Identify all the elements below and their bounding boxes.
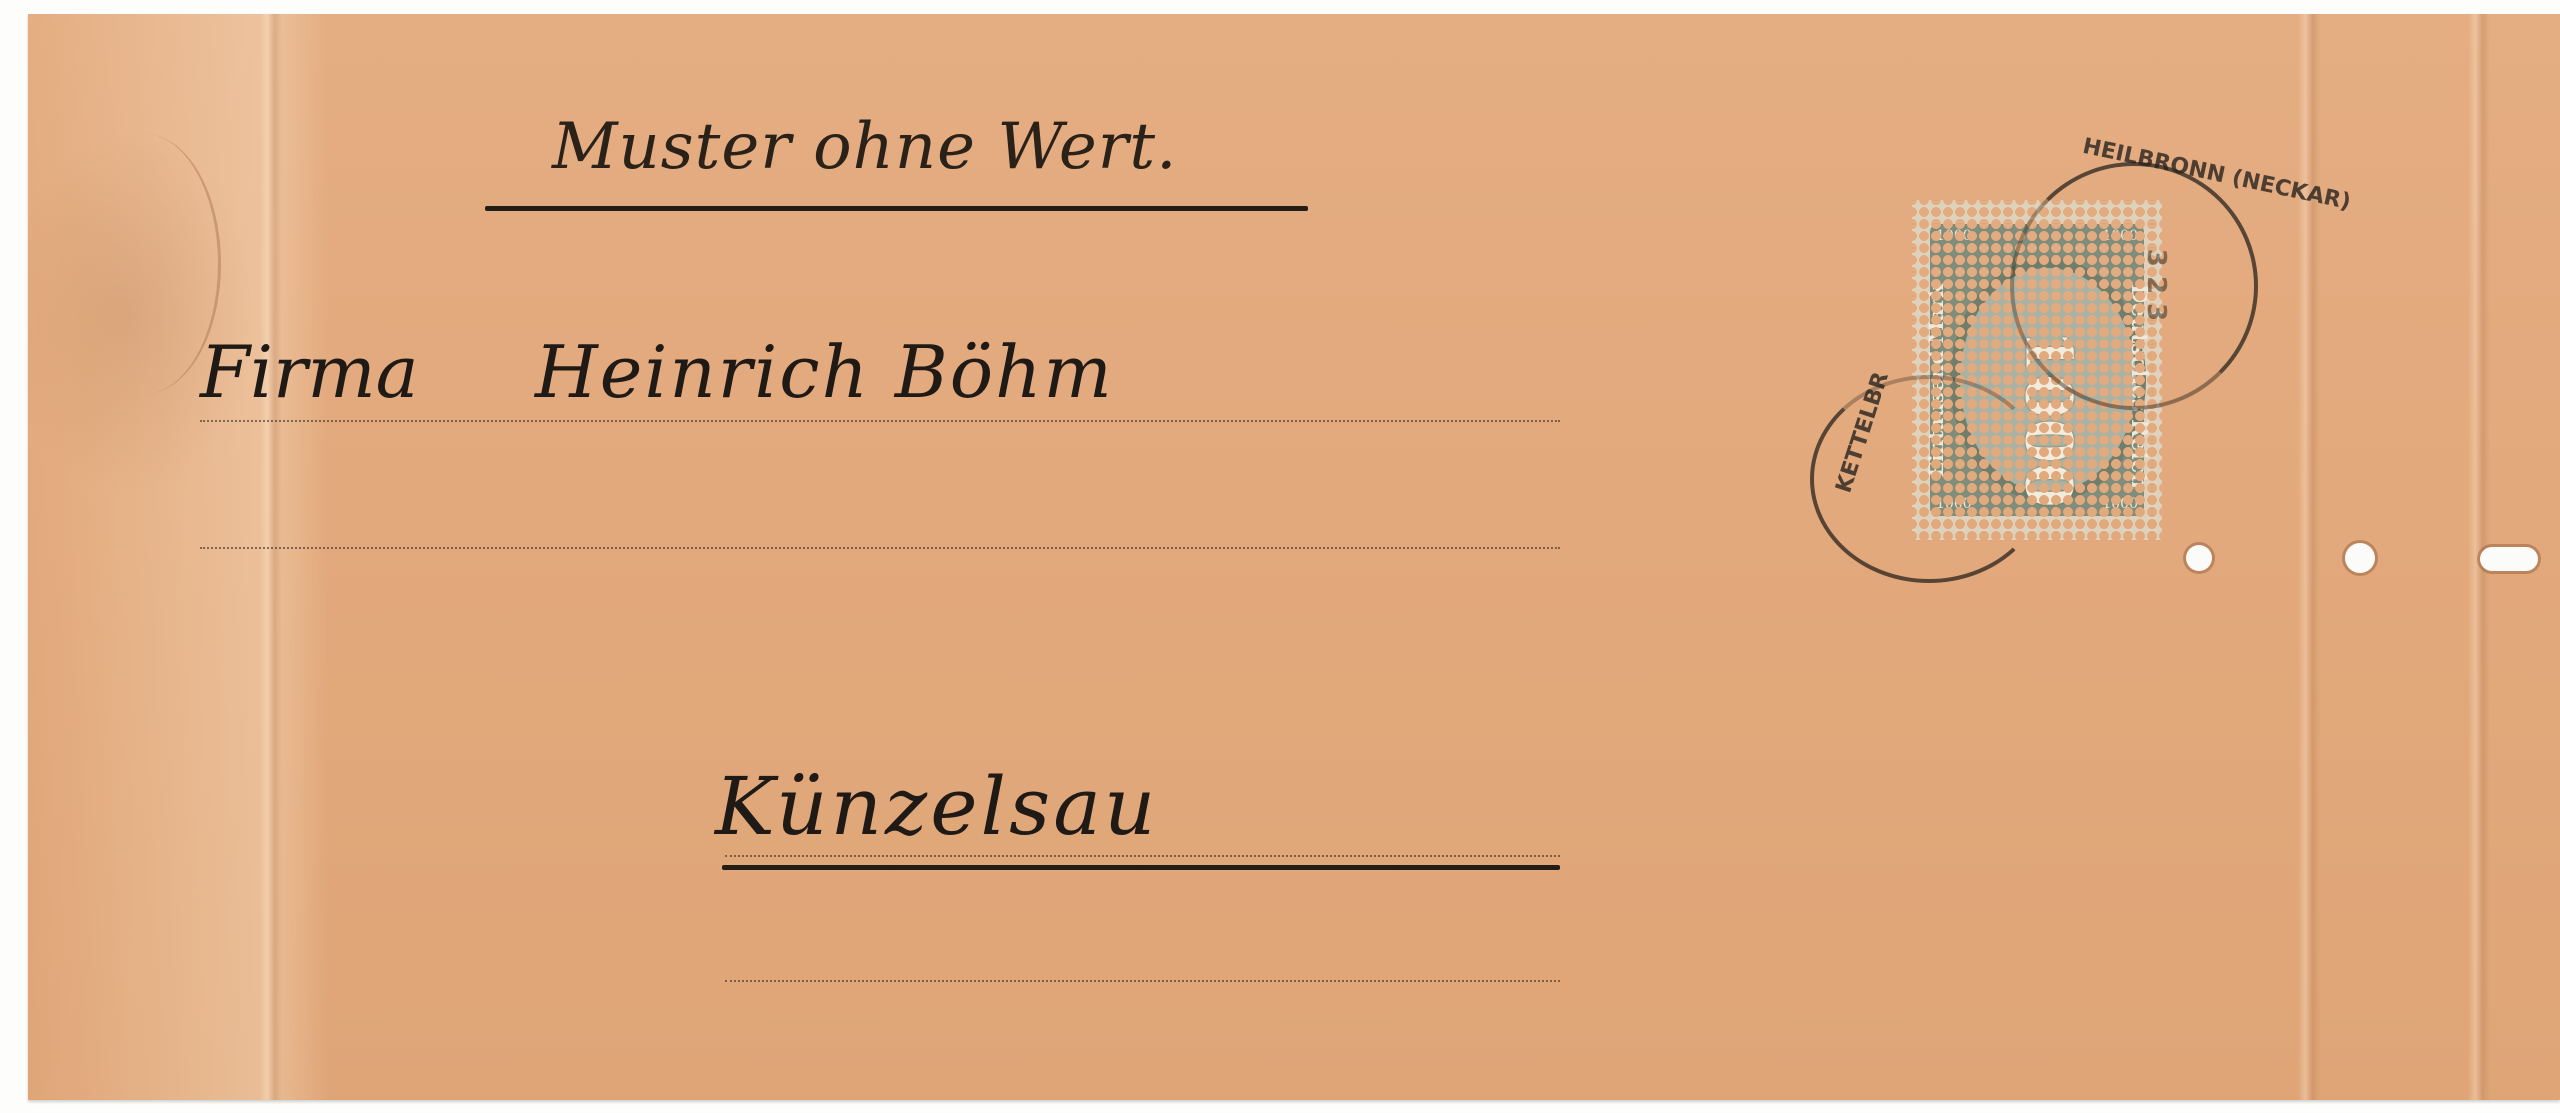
fold-crease (2298, 14, 2320, 1100)
address-line-3-dotted (725, 855, 1560, 857)
address-line-2 (200, 547, 1560, 549)
address-name: Heinrich Böhm (535, 330, 1114, 414)
heading-underline (485, 206, 1308, 211)
printed-heading: Muster ohne Wert. (552, 110, 1177, 184)
punch-hole (2480, 547, 2538, 571)
postmark-right (2010, 162, 2258, 410)
punch-hole (2345, 543, 2375, 573)
stamp-corner-value: 1000 (2102, 496, 2138, 512)
punch-hole (2186, 545, 2212, 571)
address-town: Künzelsau (715, 760, 1158, 853)
water-stain (68, 134, 221, 394)
fold-crease (260, 14, 282, 1100)
town-underline (722, 865, 1560, 870)
address-line-4 (725, 980, 1560, 982)
stamp-corner-value: 1000 (1936, 228, 1972, 244)
address-line-1 (200, 420, 1560, 422)
address-prefix: Firma (200, 330, 419, 414)
postmark-date: 3 2 3 (2141, 249, 2171, 321)
